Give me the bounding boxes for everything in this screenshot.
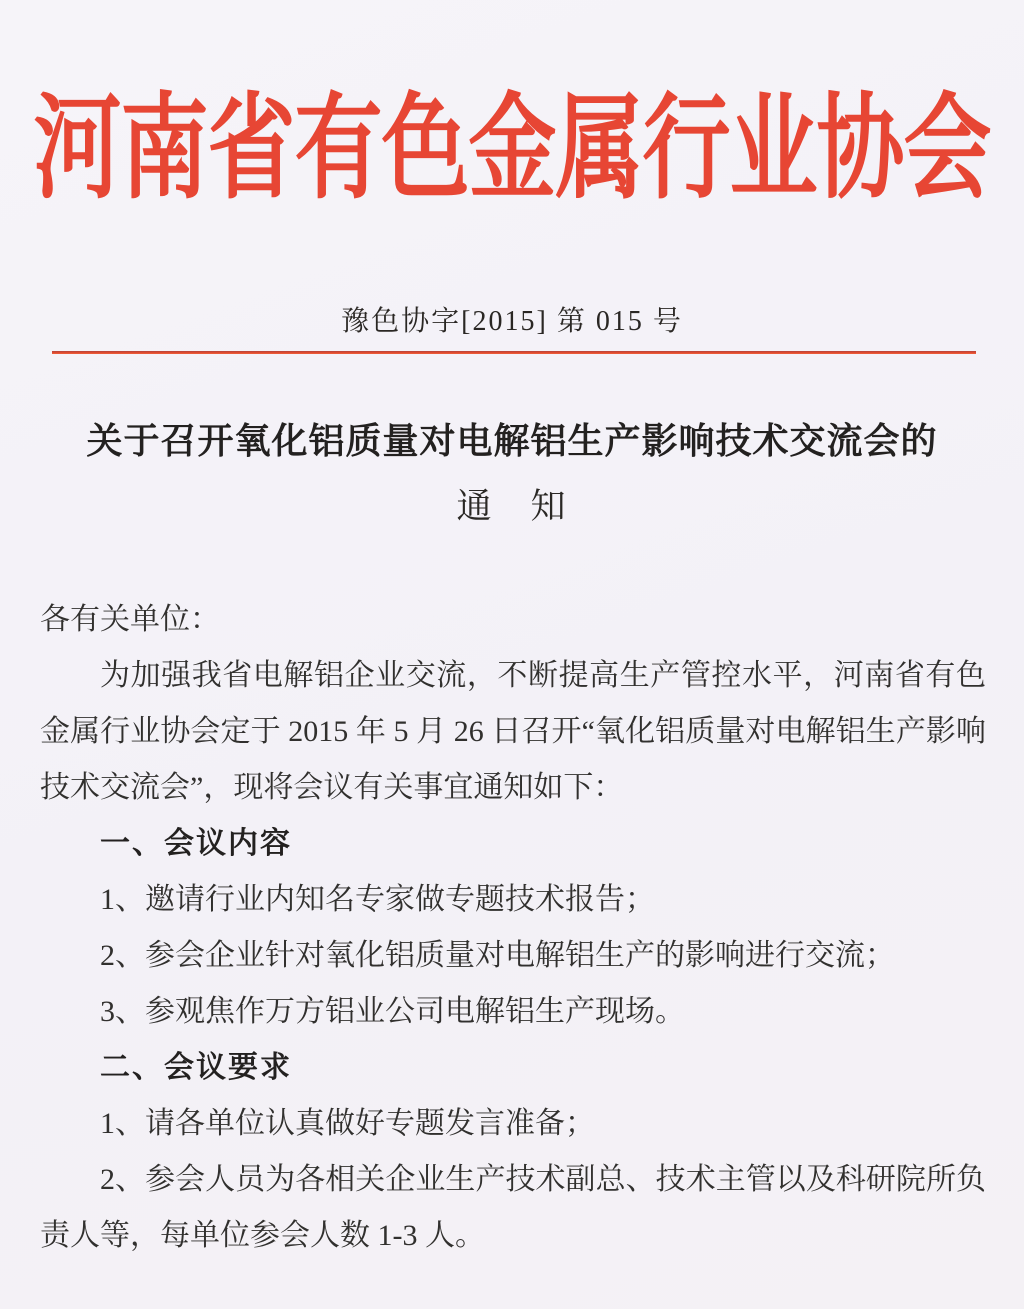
organization-letterhead-title: 河南省有色金属行业协会	[0, 94, 1024, 208]
section-1-item-2: 2、参会企业针对氧化铝质量对电解铝生产的影响进行交流；	[40, 928, 986, 984]
letterhead-divider-rule	[52, 351, 976, 354]
section-2-item-2: 2、参会人员为各相关企业生产技术副总、技术主管以及科研院所负责人等，每单位参会人…	[40, 1152, 986, 1264]
scanned-notice-document: 河南省有色金属行业协会 豫色协字[2015] 第 015 号 关于召开氧化铝质量…	[0, 0, 1024, 1309]
salutation: 各有关单位：	[40, 592, 986, 648]
section-1-item-1: 1、邀请行业内知名专家做专题技术报告；	[40, 872, 986, 928]
section-1-item-3: 3、参观焦作万方铝业公司电解铝生产现场。	[40, 984, 986, 1040]
section-2-heading: 二、会议要求	[40, 1040, 986, 1096]
intro-paragraph: 为加强我省电解铝企业交流，不断提高生产管控水平，河南省有色金属行业协会定于 20…	[40, 648, 986, 816]
notice-title-line1: 关于召开氧化铝质量对电解铝生产影响技术交流会的	[0, 419, 1024, 463]
section-1-heading: 一、会议内容	[40, 816, 986, 872]
document-reference-number: 豫色协字[2015] 第 015 号	[0, 307, 1024, 337]
notice-body: 各有关单位： 为加强我省电解铝企业交流，不断提高生产管控水平，河南省有色金属行业…	[0, 592, 1024, 1264]
notice-title-line2: 通 知	[0, 485, 1024, 529]
section-2-item-1: 1、请各单位认真做好专题发言准备；	[40, 1096, 986, 1152]
